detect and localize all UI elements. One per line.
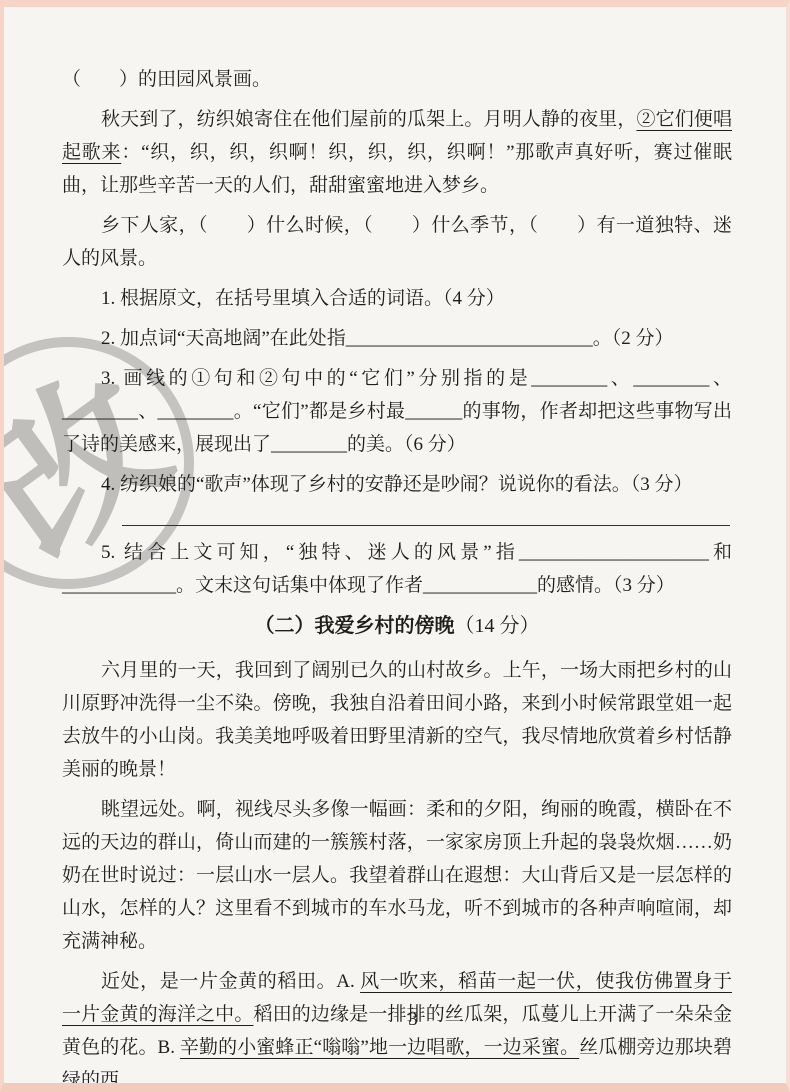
page-content: （ ）的田园风景画。 秋天到了，纺织娘寄住在他们屋前的瓜架上。月明人静的夜里，②… [4, 7, 786, 1092]
passage1-paragraph-autumn: 秋天到了，纺织娘寄住在他们屋前的瓜架上。月明人静的夜里，②它们便唱起歌来：“织，… [62, 103, 732, 202]
answer-rule-line [122, 525, 730, 526]
section2-heading-title: （二）我爱乡村的傍晚 [255, 615, 455, 637]
passage2-paragraph-1: 六月里的一天，我回到了阔别已久的山村故乡。上午，一场大雨把乡村的山川原野冲洗得一… [62, 654, 732, 786]
question-5: 5. 结合上文可知，“独特、迷人的风景”指___________________… [62, 536, 732, 602]
passage2-paragraph-2: 眺望远处。啊，视线尽头多像一幅画：柔和的夕阳，绚丽的晚霞，横卧在不远的天边的群山… [62, 793, 732, 958]
question-4: 4. 纺织娘的“歌声”体现了乡村的安静还是吵闹？说说你的看法。（3 分） [62, 468, 732, 501]
passage1-carryover-line: （ ）的田园风景画。 [62, 63, 732, 96]
passage1-paragraph-township: 乡下人家，（ ）什么时候，（ ）什么季节，（ ）有一道独特、迷人的风景。 [62, 209, 732, 275]
plain-text: 近处，是一片金黄的稻田。A. [101, 971, 360, 992]
question-block: 1. 根据原文，在括号里填入合适的词语。（4 分） 2. 加点词“天高地阔”在此… [62, 282, 732, 602]
question-3: 3. 画线的①句和②句中的“它们”分别指的是________、________、… [62, 362, 732, 461]
exam-page: 改 （ ）的田园风景画。 秋天到了，纺织娘寄住在他们屋前的瓜架上。月明人静的夜里… [0, 0, 790, 1092]
underlined-text: 辛勤的小蜜蜂正“嗡嗡”地一边唱歌，一边采蜜。 [180, 1037, 579, 1058]
plain-text: ：“织，织，织，织啊！织，织，织，织啊！”那歌声真好听，赛过催眠曲，让那些辛苦一… [62, 142, 732, 196]
page-number: 3 [22, 1009, 790, 1031]
plain-text: 秋天到了，纺织娘寄住在他们屋前的瓜架上。月明人静的夜里， [101, 109, 637, 130]
section2-heading: （二）我爱乡村的傍晚（14 分） [62, 610, 732, 643]
section2-heading-score: （14 分） [455, 615, 540, 637]
question-2: 2. 加点词“天高地阔”在此处指________________________… [62, 322, 732, 355]
question-1: 1. 根据原文，在括号里填入合适的词语。（4 分） [62, 282, 732, 315]
